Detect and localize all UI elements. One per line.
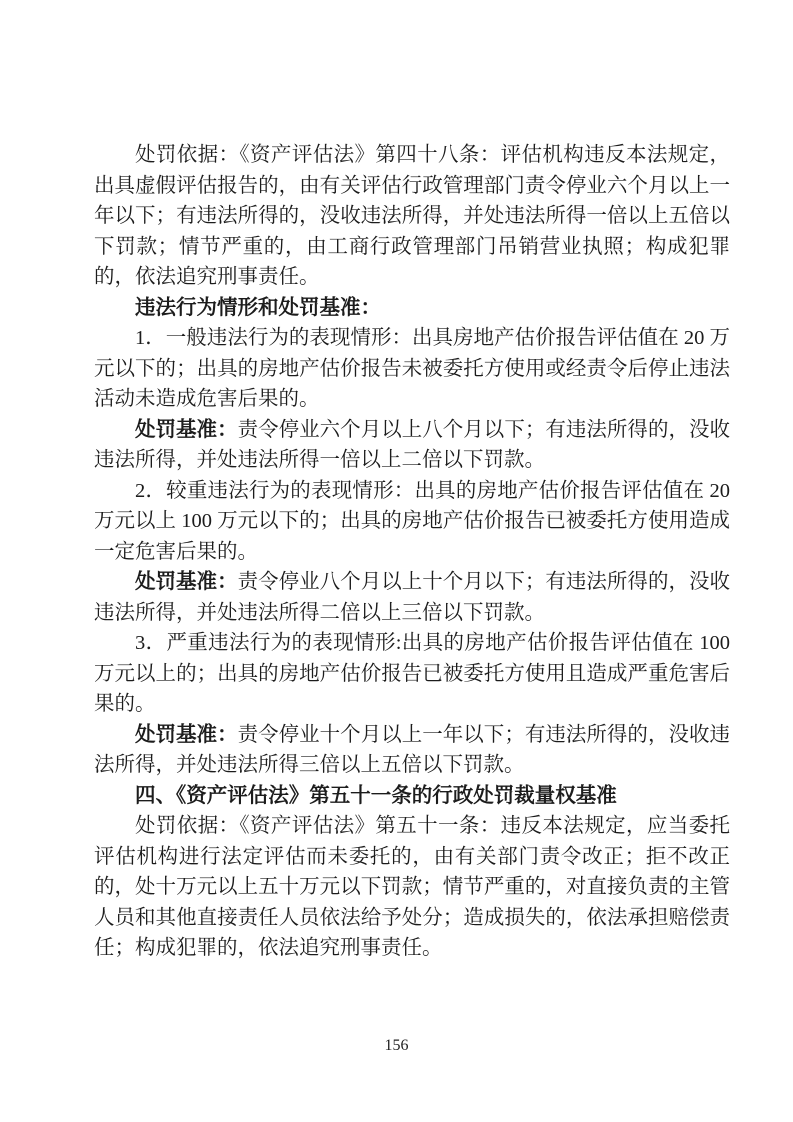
paragraph-text: 2．较重违法行为的表现情形：出具的房地产估价报告评估值在 20 万元以上 100… xyxy=(94,480,730,563)
document-body: 处罚依据：《资产评估法》第四十八条：评估机构违反本法规定，出具虚假评估报告的，由… xyxy=(94,140,730,964)
section-heading-violation-criteria: 违法行为情形和处罚基准： xyxy=(94,293,730,324)
paragraph-severe-violation: 3．严重违法行为的表现情形:出具的房地产估价报告评估值在 100 万元以上的；出… xyxy=(94,628,730,720)
penalty-standard-label: 处罚基准： xyxy=(135,571,238,593)
paragraph-general-violation: 1．一般违法行为的表现情形：出具房地产估价报告评估值在 20 万元以下的；出具的… xyxy=(94,323,730,415)
paragraph-penalty-basis-51: 处罚依据：《资产评估法》第五十一条：违反本法规定，应当委托评估机构进行法定评估而… xyxy=(94,811,730,964)
paragraph-text: 3．严重违法行为的表现情形:出具的房地产估价报告评估值在 100 万元以上的；出… xyxy=(94,632,730,715)
paragraph-penalty-standard-2: 处罚基准：责令停业八个月以上十个月以下；有违法所得的，没收违法所得，并处违法所得… xyxy=(94,567,730,628)
paragraph-text: 处罚依据：《资产评估法》第五十一条：违反本法规定，应当委托评估机构进行法定评估而… xyxy=(94,815,730,959)
paragraph-penalty-standard-1: 处罚基准：责令停业六个月以上八个月以下；有违法所得的，没收违法所得，并处违法所得… xyxy=(94,415,730,476)
penalty-standard-label: 处罚基准： xyxy=(135,419,238,441)
paragraph-text: 处罚依据：《资产评估法》第四十八条：评估机构违反本法规定，出具虚假评估报告的，由… xyxy=(94,144,730,288)
document-page: 处罚依据：《资产评估法》第四十八条：评估机构违反本法规定，出具虚假评估报告的，由… xyxy=(0,0,793,1122)
paragraph-text: 1．一般违法行为的表现情形：出具房地产估价报告评估值在 20 万元以下的；出具的… xyxy=(94,327,730,410)
penalty-standard-label: 处罚基准： xyxy=(135,724,238,746)
paragraph-penalty-standard-3: 处罚基准：责令停业十个月以上一年以下；有违法所得的，没收违法所得，并处违法所得三… xyxy=(94,720,730,781)
paragraph-penalty-basis-48: 处罚依据：《资产评估法》第四十八条：评估机构违反本法规定，出具虚假评估报告的，由… xyxy=(94,140,730,293)
section-heading-article-51: 四、《资产评估法》第五十一条的行政处罚裁量权基准 xyxy=(94,781,730,812)
page-number: 156 xyxy=(0,1037,793,1055)
paragraph-moderate-violation: 2．较重违法行为的表现情形：出具的房地产估价报告评估值在 20 万元以上 100… xyxy=(94,476,730,568)
